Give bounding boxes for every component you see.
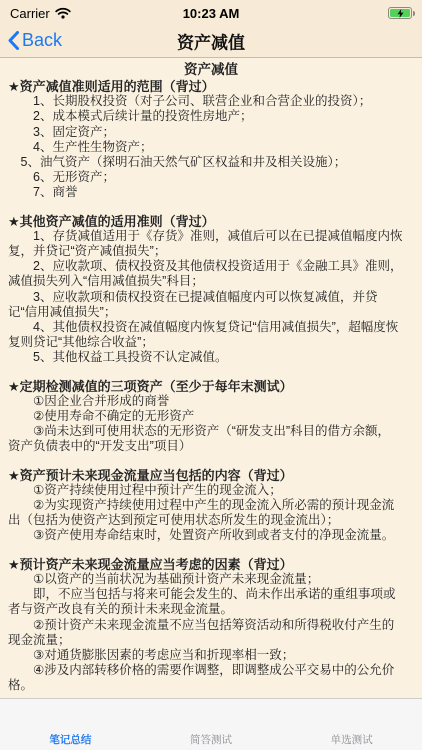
- note-paragraph: ③资产使用寿命结束时，处置资产所收到或者支付的净现金流量。: [8, 528, 414, 543]
- note-paragraph: 1、长期股权投资（对子公司、联营企业和合营企业的投资）；: [8, 94, 414, 109]
- charging-bolt-icon: [397, 9, 404, 18]
- time-label: 10:23 AM: [140, 6, 282, 21]
- note-paragraph: ①因企业合并形成的商誉: [8, 394, 414, 409]
- tab-label: 简答测试: [190, 732, 232, 747]
- status-left: Carrier: [10, 6, 140, 21]
- chevron-left-icon: [8, 31, 19, 50]
- note-paragraph: ③尚未达到可使用状态的无形资产（“研发支出”科目的借方余额， 资产负债表中的“开…: [8, 424, 414, 454]
- note-section: ★定期检测减值的三项资产（至少于每年末测试） ①因企业合并形成的商誉 ②使用寿命…: [8, 379, 414, 455]
- document-title: 资产减值: [8, 61, 414, 79]
- note-paragraph: 4、其他债权投资在减值幅度内恢复贷记“信用减值损失”，超幅度恢 复则贷记“其他综…: [8, 320, 414, 350]
- note-paragraph: 3、固定资产；: [8, 125, 414, 140]
- tab-item-notes-summary[interactable]: 笔记总结: [0, 699, 141, 750]
- section-heading: ★资产减值准则适用的范围（背过）: [8, 79, 414, 94]
- status-bar: Carrier 10:23 AM: [0, 0, 422, 26]
- note-paragraph: 2、成本模式后续计量的投资性房地产；: [8, 109, 414, 124]
- battery-cap: [413, 11, 416, 16]
- page-title: 资产减值: [177, 28, 245, 53]
- note-section: ★其他资产减值的适用准则（背过） 1、存货减值适用于《存货》准则，减值后可以在已…: [8, 214, 414, 366]
- carrier-label: Carrier: [10, 6, 50, 21]
- note-paragraph: ①以资产的当前状况为基础预计资产未来现金流量；: [8, 572, 414, 587]
- document-body: ★资产减值准则适用的范围（背过） 1、长期股权投资（对子公司、联营企业和合营企业…: [8, 79, 414, 694]
- nav-bar: Back 资产减值: [0, 26, 422, 58]
- wifi-icon: [55, 7, 71, 19]
- note-paragraph: ③对通货膨胀因素的考虑应当和折现率相一致；: [8, 648, 414, 663]
- note-paragraph: ②为实现资产持续使用过程中产生的现金流入所必需的预计现金流 出（包括为使资产达到…: [8, 498, 414, 528]
- note-paragraph: 2、应收款项、债权投资及其他债权投资适用于《金融工具》准则， 减值损失列入“信用…: [8, 259, 414, 289]
- section-heading: ★其他资产减值的适用准则（背过）: [8, 214, 414, 229]
- note-paragraph: 4、生产性生物资产；: [8, 140, 414, 155]
- note-paragraph: 6、无形资产；: [8, 170, 414, 185]
- note-paragraph: 7、商誉: [8, 185, 414, 200]
- note-paragraph: ①资产持续使用过程中预计产生的现金流入；: [8, 483, 414, 498]
- note-paragraph: 5、其他权益工具投资不认定减值。: [8, 350, 414, 365]
- note-paragraph: 即，不应当包括与将来可能会发生的、尚未作出承诺的重组事项或 者与资产改良有关的预…: [8, 587, 414, 617]
- note-paragraph: ④涉及内部转移价格的需要作调整，即调整成公平交易中的公允价 格。: [8, 663, 414, 693]
- tab-label: 笔记总结: [49, 732, 91, 747]
- tab-item-multiple-choice-test[interactable]: 单选测试: [281, 699, 422, 750]
- tab-bar: 笔记总结简答测试单选测试: [0, 698, 422, 750]
- back-button[interactable]: Back: [0, 28, 70, 55]
- note-paragraph: ②使用寿命不确定的无形资产: [8, 409, 414, 424]
- section-heading: ★定期检测减值的三项资产（至少于每年末测试）: [8, 379, 414, 394]
- battery-fill: [390, 9, 410, 17]
- tab-label: 单选测试: [331, 732, 373, 747]
- app-screen: Carrier 10:23 AM: [0, 0, 422, 750]
- tab-item-short-answer-test[interactable]: 简答测试: [141, 699, 282, 750]
- note-section: ★预计资产未来现金流量应当考虑的因素（背过） ①以资产的当前状况为基础预计资产未…: [8, 557, 414, 694]
- note-paragraph: ②预计资产未来现金流量不应当包括筹资活动和所得税收付产生的 现金流量；: [8, 618, 414, 648]
- note-content-scroll[interactable]: 资产减值 ★资产减值准则适用的范围（背过） 1、长期股权投资（对子公司、联营企业…: [0, 58, 422, 698]
- note-paragraph: 5、油气资产（探明石油天然气矿区权益和井及相关设施）；: [8, 155, 414, 170]
- status-right: [282, 7, 412, 19]
- section-heading: ★预计资产未来现金流量应当考虑的因素（背过）: [8, 557, 414, 572]
- note-paragraph: 1、存货减值适用于《存货》准则，减值后可以在已提减值幅度内恢 复，并贷记“资产减…: [8, 229, 414, 259]
- section-heading: ★资产预计未来现金流量应当包括的内容（背过）: [8, 468, 414, 483]
- note-section: ★资产减值准则适用的范围（背过） 1、长期股权投资（对子公司、联营企业和合营企业…: [8, 79, 414, 201]
- note-section: ★资产预计未来现金流量应当包括的内容（背过） ①资产持续使用过程中预计产生的现金…: [8, 468, 414, 544]
- note-paragraph: 3、应收款项和债权投资在已提减值幅度内可以恢复减值，并贷 记“信用减值损失”；: [8, 290, 414, 320]
- battery-charging-icon: [388, 7, 412, 19]
- back-label: Back: [22, 30, 62, 51]
